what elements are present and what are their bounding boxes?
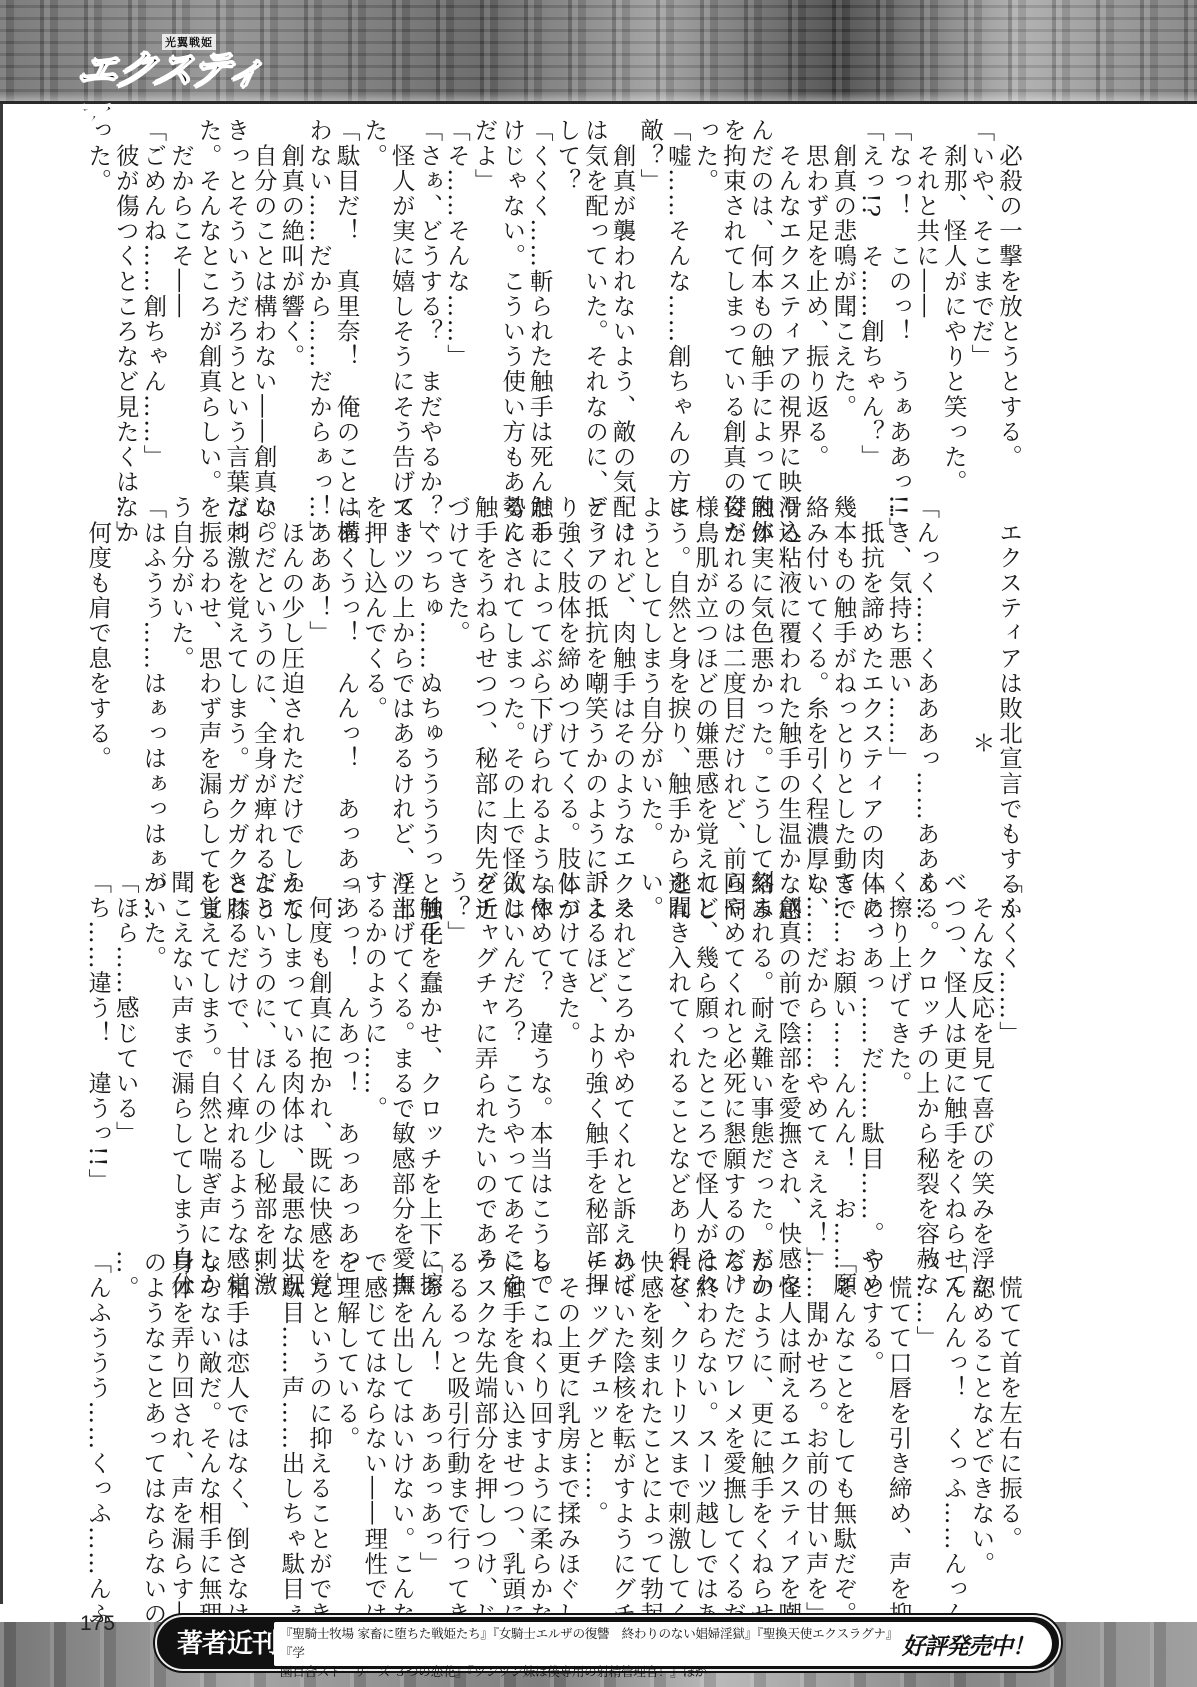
text-column: えてしまっている肉体は、最悪な状況 — [278, 870, 304, 1215]
text-column: るるるっと吸引行動まで行ってきた。 — [444, 1250, 470, 1595]
text-column: で感じてはならない――理性ではそれ — [361, 1250, 387, 1595]
text-column: 創真の絶叫が響く。 — [278, 118, 304, 463]
text-column: らやめてくれと必死に懇願するのだけ — [720, 870, 746, 1215]
text-column: は気を配っていた。それなのに、どう — [582, 118, 608, 463]
text-column: そんなエクスティアの視界に映り込 — [775, 118, 801, 463]
text-column: エクスティアは敗北宣言でもするか — [996, 495, 1022, 840]
text-column: 幾本もの触手がねっとりとした動きで — [830, 495, 856, 840]
text-column: スーツの上からではあるけれど、淫部 — [389, 495, 415, 840]
text-column: チュッグチュッと……。 — [582, 1250, 608, 1595]
text-column: ならない敵だ。そんな相手に無理矢理 — [196, 1250, 222, 1595]
text-column: た。 — [361, 118, 387, 463]
scene-break-asterisk: ＊ — [968, 495, 994, 840]
text-column: んだのは、何本もの触手によって肉体 — [748, 118, 774, 463]
series-logo: 光翼戦姫 エクスティア — [78, 34, 268, 98]
text-column: い。 — [637, 870, 663, 1215]
text-column: な刺激を覚えてしまう。ガクガクと膝 — [223, 495, 249, 840]
text-column: 「いや、そこまでだ」 — [968, 118, 994, 463]
text-column: 「あっ！ んあっ！ あっあっあっ」 — [334, 870, 360, 1215]
text-column: だからこそ―― — [168, 118, 194, 463]
text-column: 「んふううう……くっふ……んふうう — [85, 1250, 111, 1595]
text-band-3: 「くくく……」 そんな反応を見て喜びの笑みを浮かべつつ、怪人は更に触手をくねらせ… — [0, 870, 1010, 1215]
text-column: …） — [251, 1250, 277, 1595]
text-column: 「くくく……斬られた触手は死んだわ — [527, 118, 553, 463]
text-column: 触手をうねらせつつ、秘部に肉先を近 — [472, 495, 498, 840]
text-column: た。そんなところが創真らしい。 — [196, 118, 222, 463]
text-column — [941, 495, 967, 840]
text-column: 何度も創真に抱かれ、既に快感を覚 — [306, 870, 332, 1215]
text-column: 相手は恋人ではなく、倒さなければ — [223, 1250, 249, 1595]
on-sale-callout: 好評発売中！ — [902, 1628, 1034, 1661]
text-column: その上更に乳房まで揉みほぐしてく — [554, 1250, 580, 1595]
text-column: く擦り上げてきた。 — [886, 870, 912, 1215]
text-column: を押し込んでくる。 — [361, 495, 387, 840]
text-column: は終わらない。スーツ越しではあるけ — [692, 1250, 718, 1595]
text-column: を拘束されてしまっている創真の姿だ — [720, 118, 746, 463]
text-column: そんな反応を見て喜びの笑みを浮か — [968, 870, 994, 1215]
text-column: 「んんんっ！ くっふ……んっんっん — [941, 1250, 967, 1595]
text-column: り強く肢体を締めつけてくる。肢体が — [554, 495, 580, 840]
text-column: 創真が襲われないよう、敵の気配に — [610, 118, 636, 463]
text-column: る。ただワレメを愛撫してくるだけで — [720, 1250, 746, 1595]
text-column: 敵？」 — [637, 118, 663, 463]
text-column: 快感を刻まれたことによって勃起し始 — [637, 1250, 663, 1595]
text-column: づけてきた。 — [444, 495, 470, 840]
text-column: った。 — [85, 118, 111, 463]
text-column: 触手によってぶら下げられるような体 — [527, 495, 553, 840]
text-column: くる。クロッチの上から秘裂を容赦な — [913, 870, 939, 1215]
text-column: しつけてきた。 — [554, 870, 580, 1215]
text-column: 慌てて首を左右に振る。 — [996, 1250, 1022, 1595]
text-column: かのように、更に触手をくねらせ始め — [748, 1250, 774, 1595]
text-column: ぐっちゅ……ぬちゅううううっと強化 — [416, 495, 442, 840]
text-column: 抵抗を諦めたエクスティアの肉体に、 — [858, 495, 884, 840]
text-column: 声を出してはいけない。こんなこと — [389, 1250, 415, 1595]
text-column: …」 — [113, 495, 139, 840]
text-column: 何度も肩で息をする。 — [85, 495, 111, 840]
text-column: 「ち……違う！ 違うっ!!」 — [85, 870, 111, 1215]
text-column: 「くくく……」 — [996, 870, 1022, 1215]
text-column: い……だから……やめてぇええ！」 — [803, 870, 829, 1215]
text-column: を覚えてしまう。自然と喘ぎ声にしか — [196, 870, 222, 1215]
text-column: それと共に―― — [913, 118, 939, 463]
text-column: だというのに抑えることができない。 — [306, 1250, 332, 1595]
author-new-releases-banner: 著者近刊 『聖騎士牧場 家畜に堕ちた戦姫たち』『女騎士エルザの復讐 終わりのない… — [155, 1615, 1061, 1671]
text-column: きっとそういうだろうという言葉だっ — [223, 118, 249, 463]
text-column: を聞き入れてくれることなどあり得な — [665, 870, 691, 1215]
text-column: 滑る粘液に覆われた触手の生温かな感 — [775, 495, 801, 840]
text-column: …あああ！」 — [306, 495, 332, 840]
text-column: 訴えるほど、より強く触手を秘部に押 — [582, 870, 608, 1215]
text-column: のようなことあってはならないのに… — [140, 1250, 166, 1595]
text-column: 自分のことは構わない――創真なら — [251, 118, 277, 463]
text-column: 創真の悲鳴が聞こえた。 — [830, 118, 856, 463]
text-column: 様鳥肌が立つほどの嫌悪感を覚えてし — [692, 495, 718, 840]
text-column: う？」 — [444, 870, 470, 1215]
text-column: まう。自然と身を捩り、触手から逃れ — [665, 495, 691, 840]
text-column: ……聞かせろ。お前の甘い声を」 — [803, 1250, 829, 1595]
text-band-1: 必殺の一撃を放とうとする。「いや、そこまでだ」 刹那、怪人がにやりと笑った。 そ… — [0, 118, 1010, 463]
text-column: 絡み付いてくる。糸を引く程濃厚な、 — [803, 495, 829, 840]
text-column: 「あんん！ あっあっあっ」 — [416, 1250, 442, 1595]
text-column: 思わず足を止め、振り返る。 — [803, 118, 829, 463]
text-column: テスクな先端部分を押しつけ、じゅる — [472, 1250, 498, 1595]
text-column: れど、クリトリスまで刺激してくる。 — [665, 1250, 691, 1595]
text-column: 「はふうう……はぁっはぁっはぁっ… — [140, 495, 166, 840]
text-column: べつつ、怪人は更に触手をくねらせて — [941, 870, 967, 1215]
text-column: 怪人は耐えるエクスティアを嘲笑う — [775, 1250, 801, 1595]
text-column: 「さぁ、どうする？ まだやるか？」 — [416, 118, 442, 463]
text-column: り上げてくる。まるで敏感部分を愛撫 — [389, 870, 415, 1215]
text-column: 刹那、怪人がにやりと笑った。 — [941, 118, 967, 463]
text-column: っ……」 — [913, 1250, 939, 1595]
text-column: 慌てて口唇を引き締め、声を抑えよ — [886, 1250, 912, 1595]
text-column: 「そ……そんな……」 — [444, 118, 470, 463]
text-column: されるだけで、甘く痺れるような感覚 — [223, 870, 249, 1215]
text-column: だというのに、ほんの少し秘部を刺激 — [251, 870, 277, 1215]
text-column: った。 — [692, 118, 718, 463]
text-column: う自分がいた。 — [168, 495, 194, 840]
text-column: ティアの抵抗を嘲笑うかのように、よ — [582, 495, 608, 840]
text-column: て……お願い……んんん！ お……願 — [830, 870, 856, 1215]
text-column: 創真の前で陰部を愛撫され、快感を — [775, 870, 801, 1215]
text-column: れど、幾ら願ったところで怪人がそれ — [692, 870, 718, 1215]
text-column: うとする。 — [858, 1250, 884, 1595]
text-column: して？ — [554, 118, 580, 463]
text-column: 触手を蠢かせ、クロッチを上下に擦 — [416, 870, 442, 1215]
text-column: 触が実に気色悪かった。こうして絡み — [748, 495, 774, 840]
text-band-2: エクスティアは敗北宣言でもするか＊「んっく……くあああっ……あああ……き、気持ち… — [0, 495, 1010, 840]
text-column: 「駄目だ！ 真里奈！ 俺のことは構 — [334, 118, 360, 463]
text-column: 「ほら……感じている」 — [113, 870, 139, 1215]
text-column: めていた陰核を転がすようにグチュグ — [610, 1250, 636, 1595]
text-column: 欲しいんだろ？ こうやってあそこを — [499, 870, 525, 1215]
text-column: するかのように……。 — [361, 870, 387, 1215]
text-column: 「なっ！ このっ！ うぁああっ!!」 — [886, 118, 912, 463]
section-label: 著者近刊 — [177, 1627, 277, 1661]
text-column: 「嘘……そんな……創ちゃんの方に — [665, 118, 691, 463]
text-column: 必殺の一撃を放とうとする。 — [996, 118, 1022, 463]
page-number: 175 — [80, 1612, 115, 1636]
text-column: …き、気持ち悪い……」 — [886, 495, 912, 840]
text-column: を振るわせ、思わず声を漏らしてしま — [196, 495, 222, 840]
text-column: 認めることなどできない。 — [968, 1250, 994, 1595]
text-column: 「んっく……くあああっ……あああ… — [913, 495, 939, 840]
header-banner: 光翼戦姫 エクスティア — [0, 0, 1197, 104]
text-column: 身体を弄り回され、声を漏らす――そ — [168, 1250, 194, 1595]
text-column: 「えっ!? そ……創ちゃん？」 — [858, 118, 884, 463]
book-titles: 『聖騎士牧場 家畜に堕ちた戦姫たち』『女騎士エルザの復讐 終わりのない娼婦淫獄』… — [280, 1624, 900, 1681]
text-column: がいた。 — [140, 870, 166, 1215]
logo-title: エクスティア — [73, 46, 274, 96]
text-column: 怪人が実に嬉しそうにそう告げてき — [389, 118, 415, 463]
text-column: 「ごめんね……創ちゃん……」 — [140, 118, 166, 463]
text-column: ようとしてしまう自分がいた。 — [637, 495, 663, 840]
text-column: 「あくうっ！ んんっ！ あっあっ… — [334, 495, 360, 840]
text-column: 「やめて？ 違うな。本当はこうして — [527, 870, 553, 1215]
text-column: い。だというのに、全身が痺れるよう — [251, 495, 277, 840]
text-column: けじゃない。こういう使い方もあるん — [499, 118, 525, 463]
text-column: だよ」 — [472, 118, 498, 463]
text-column: …。 — [113, 1250, 139, 1595]
titles-line-1: 『聖騎士牧場 家畜に堕ちた戦姫たち』『女騎士エルザの復讐 終わりのない娼婦淫獄』… — [280, 1624, 900, 1662]
text-column: 付かれるのは二度目だけれど、前回同 — [720, 495, 746, 840]
text-column: ほんの少し圧迫されただけでしかな — [278, 495, 304, 840]
text-column: 刻まれる。耐え難い事態だった。だか — [748, 870, 774, 1215]
text-column: 「あっあっ……だ……駄目……。やめ — [858, 870, 884, 1215]
text-column: 「そんなことをしても無駄だぞ。ほら — [830, 1250, 856, 1595]
text-column: 聞こえない声まで漏らしてしまう自分 — [168, 870, 194, 1215]
text-column: それどころかやめてくれと訴えれば — [610, 870, 636, 1215]
text-column: （駄目……声……出しちゃ駄目ぇえ… — [278, 1250, 304, 1595]
titles-line-2: 園百合ストーリーズ ３つの恋花』『ツンツン妹は僕専用の射精管理官！』ほか — [280, 1662, 900, 1681]
text-column: わない……だから……だからぁっ！」 — [306, 118, 332, 463]
text-column: グチャグチャに弄られたいのであろ — [472, 870, 498, 1215]
text-column: を理解している。 — [334, 1250, 360, 1595]
titles-box: 『聖騎士牧場 家畜に堕ちた戦姫たち』『女騎士エルザの復讐 終わりのない娼婦淫獄』… — [274, 1622, 1052, 1666]
text-column: 勢にされてしまった。その上で怪人は — [499, 495, 525, 840]
text-column: 彼が傷つくところなど見たくはなか — [113, 118, 139, 463]
text-column: に触手を食い込ませつつ、乳頭にグロ — [499, 1250, 525, 1595]
text-column: けれど、肉触手はそのようなエクス — [610, 495, 636, 840]
text-column: る。こねくり回すように柔らかな柔肉 — [527, 1250, 553, 1595]
text-band-4: 慌てて首を左右に振る。 認めることなどできない。「んんんっ！ くっふ……んっんっ… — [0, 1250, 1010, 1595]
